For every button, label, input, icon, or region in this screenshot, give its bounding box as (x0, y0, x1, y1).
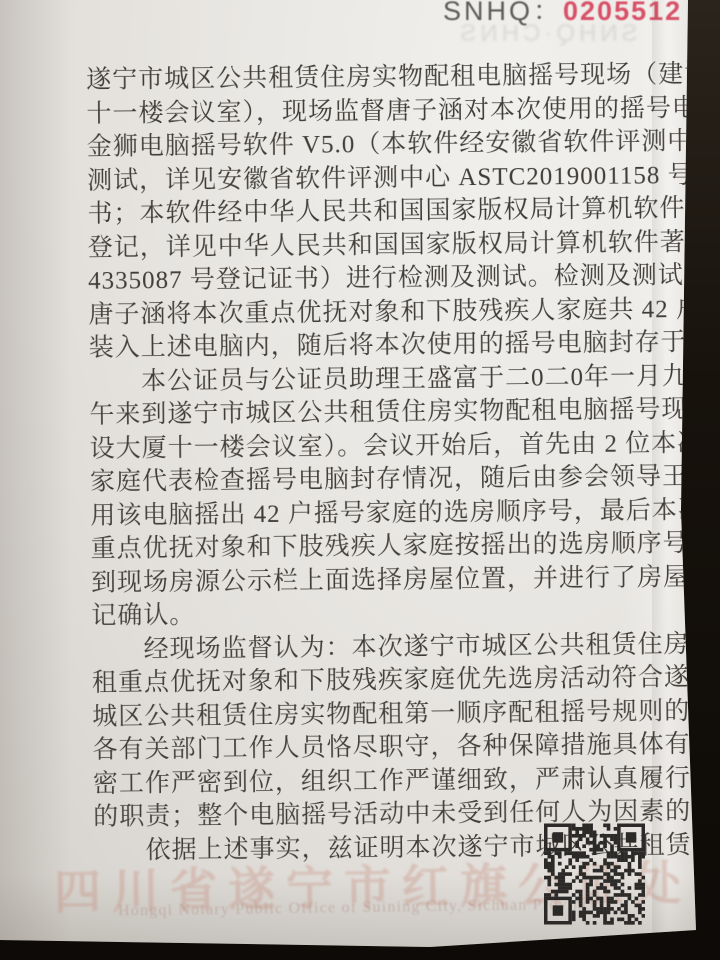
document-line: 租重点优抚对象和下肢残疾家庭优先选房活动符合遂宁市 (92, 661, 658, 700)
qr-code (544, 822, 645, 926)
document-line: 十一楼会议室），现场监督唐子涵对本次使用的摇号电脑及 (86, 92, 652, 131)
document-line: 测试，详见安徽省软件评测中心 ASTC2019001158 号测试证 (87, 159, 653, 198)
document-line: 登记，详见中华人民共和国国家版权局计算机软件著作权 (88, 226, 654, 265)
document-line: 午来到遂宁市城区公共租赁住房实物配租电脑摇号现场（建 (89, 393, 655, 432)
document-line: 密工作严密到位，组织工作严谨细致，严肃认真履行了应有 (93, 762, 659, 801)
qr-code-graphic (544, 822, 645, 926)
document-line: 记确认。 (91, 594, 657, 633)
document-line: 装入上述电脑内，随后将本次使用的摇号电脑封存于现场。 (89, 326, 655, 365)
paper-sheet: SNHQ：0205512 SNHQ·CHNS 遂宁市城区公共租赁住房实物配租电脑… (0, 0, 720, 960)
document-line: 书；本软件经中华人民共和国国家版权局计算机软件著作权 (87, 192, 653, 231)
bleedthrough-watermark: SNHQ·CHNS (452, 20, 642, 48)
document-line: 遂宁市城区公共租赁住房实物配租电脑摇号现场（建设大厦 (86, 58, 652, 97)
document-body: 遂宁市城区公共租赁住房实物配租电脑摇号现场（建设大厦 十一楼会议室），现场监督唐… (86, 58, 660, 867)
document-line: 经现场监督认为：本次遂宁市城区公共租赁住房实物配 (91, 628, 657, 667)
document-line: 到现场房源公示栏上面选择房屋位置，并进行了房屋信息登 (91, 561, 657, 600)
photo-of-notary-document: SNHQ：0205512 SNHQ·CHNS 遂宁市城区公共租赁住房实物配租电脑… (0, 0, 720, 960)
document-line: 唐子涵将本次重点优抚对象和下肢残疾人家庭共 42 户信息 (88, 293, 654, 332)
document-line: 重点优抚对象和下肢残疾人家庭按摇出的选房顺序号依次 (91, 527, 657, 566)
document-line: 城区公共租赁住房实物配租第一顺序配租摇号规则的规定； (92, 695, 658, 734)
document-line: 用该电脑摇出 42 户摇号家庭的选房顺序号，最后本次 42 户 (90, 494, 656, 533)
document-line: 家庭代表检查摇号电脑封存情况，随后由参会领导王海军使 (90, 460, 656, 499)
document-line: 4335087 号登记证书）进行检测及测试。检测及测试无误后， (88, 259, 654, 298)
document-line: 各有关部门工作人员恪尽职守，各种保障措施具体有力，保 (92, 728, 658, 767)
document-line: 金狮电脑摇号软件 V5.0（本软件经安徽省软件评测中心登记 (87, 125, 653, 164)
document-line: 本公证员与公证员助理王盛富于二0二0年一月九日上 (89, 360, 655, 399)
document-line: 设大厦十一楼会议室）。会议开始后，首先由 2 位本次摇号 (90, 427, 656, 466)
